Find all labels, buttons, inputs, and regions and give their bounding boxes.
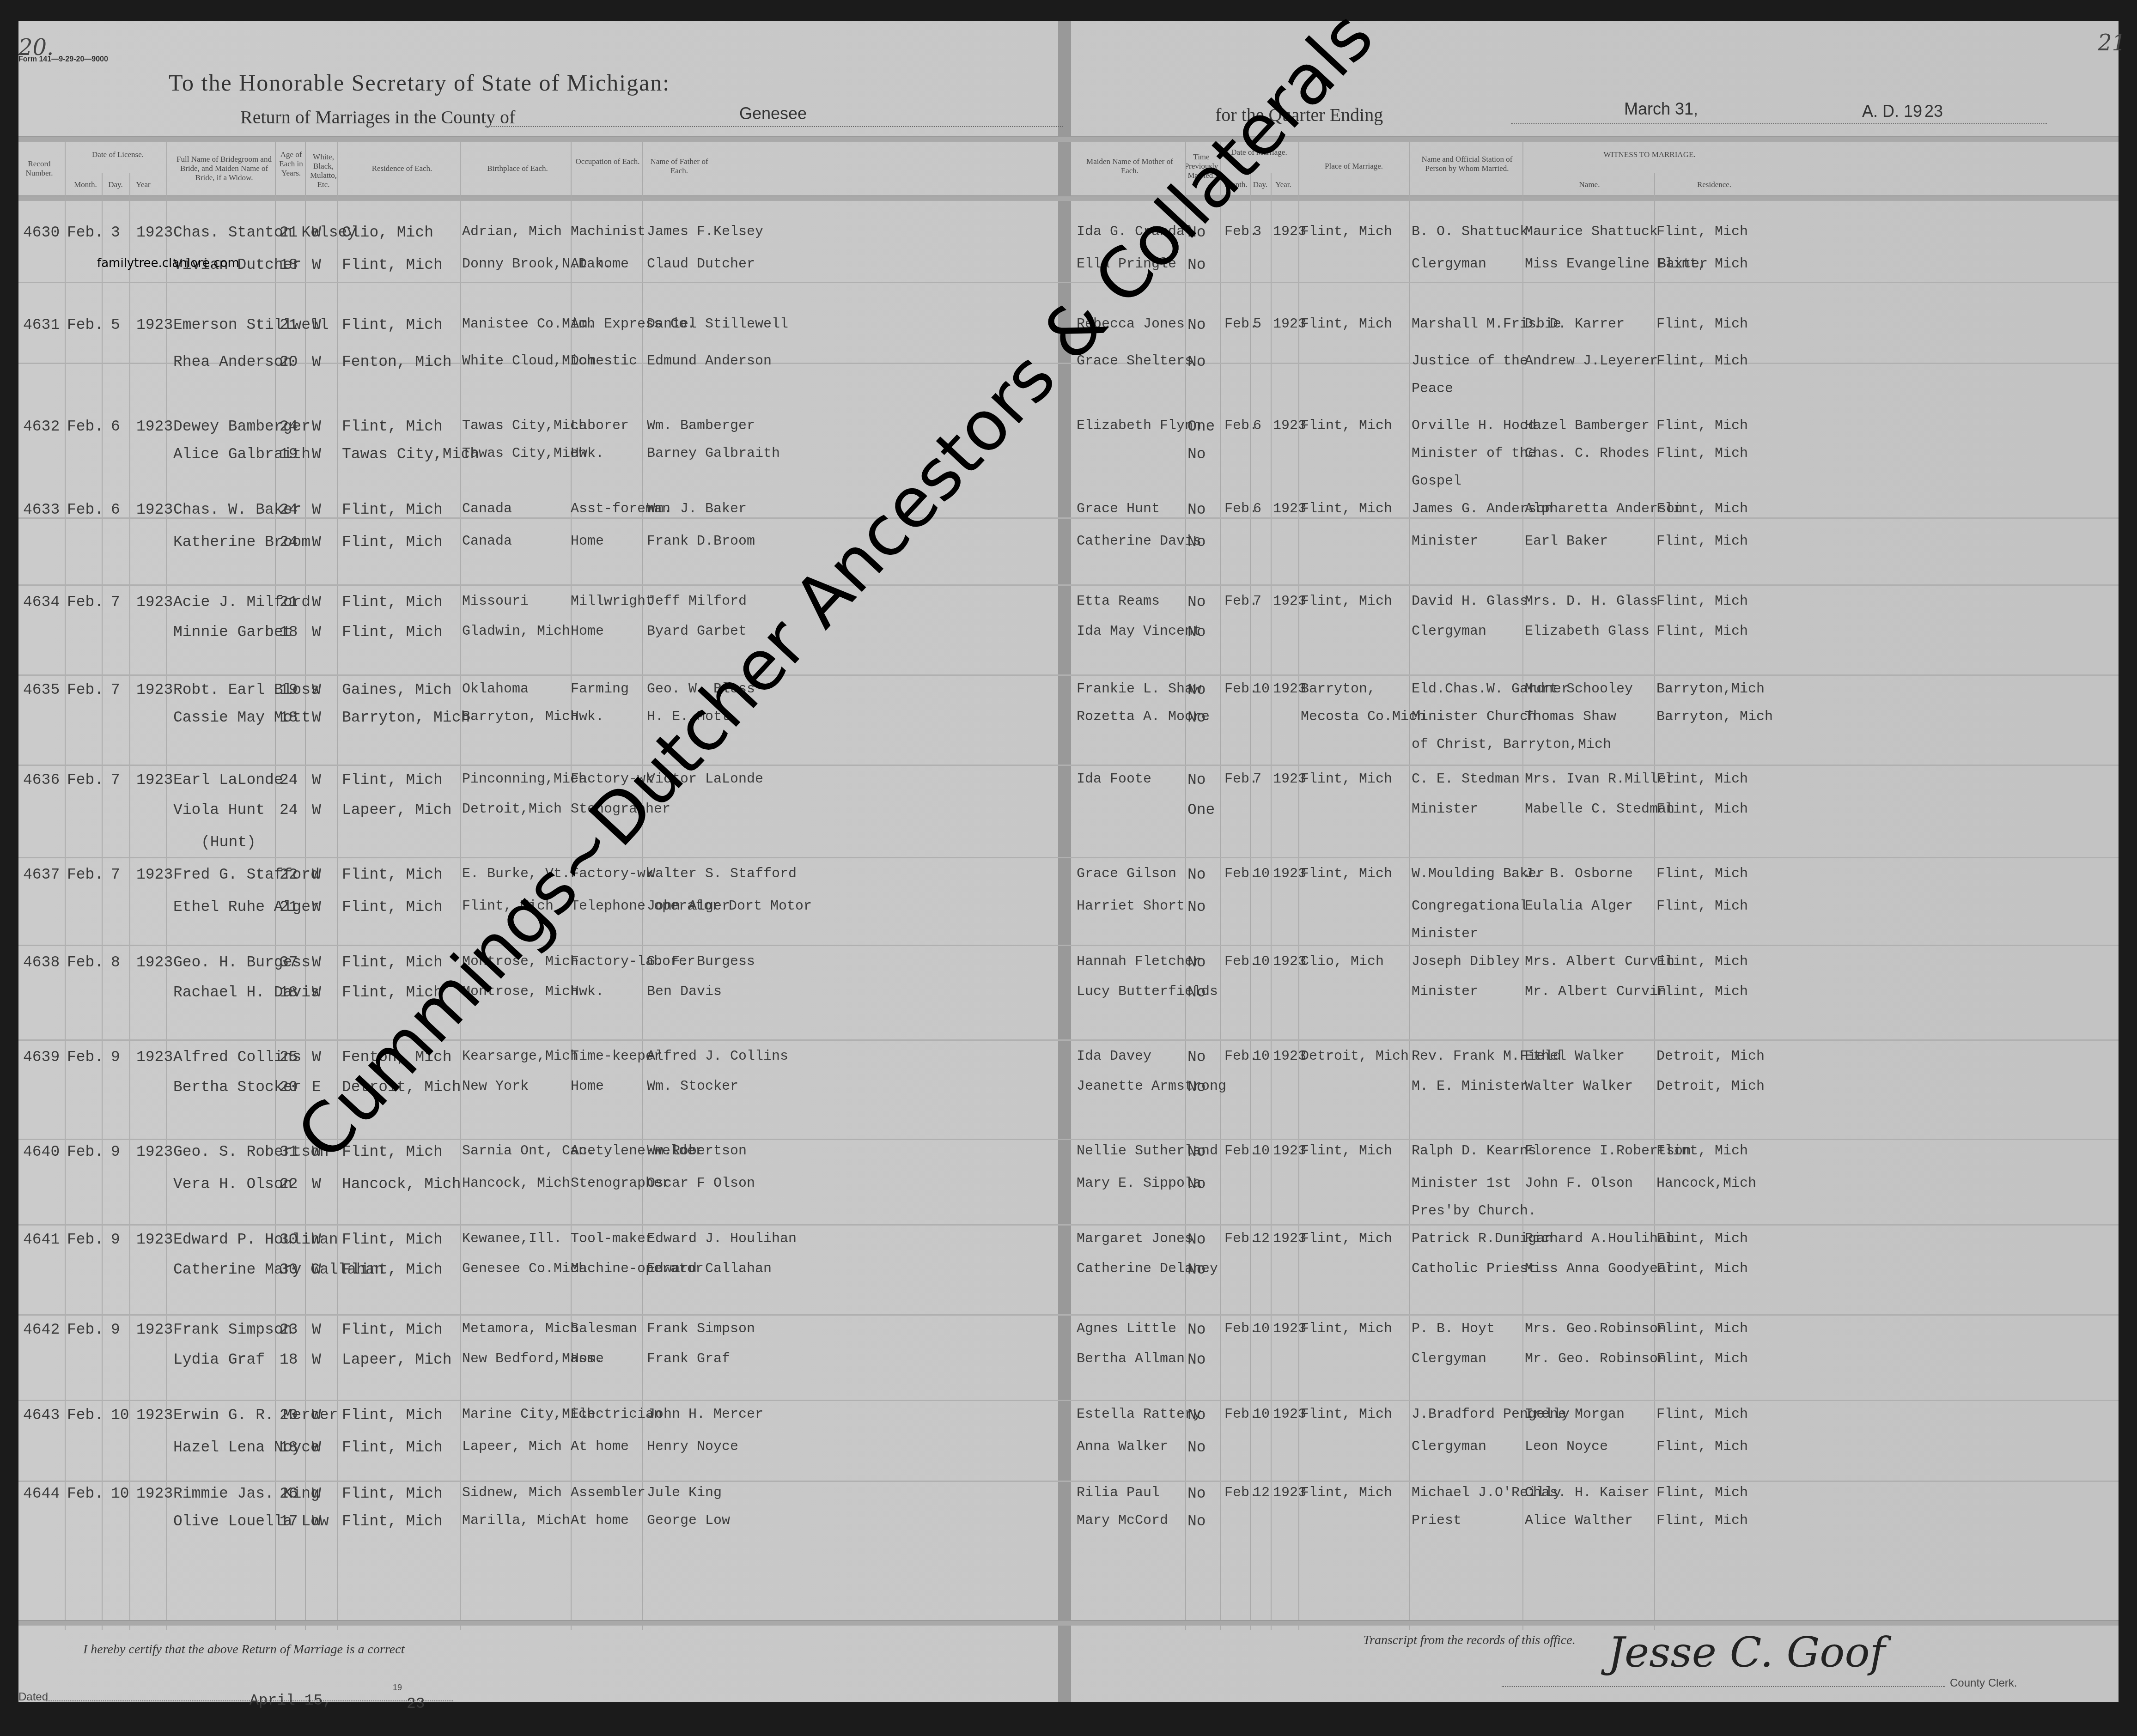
license-month: Feb. xyxy=(67,866,104,883)
witness-1-residence: Flint, Mich xyxy=(1656,1321,1748,1337)
county-clerk-label: County Clerk. xyxy=(1950,1677,2017,1690)
bride-age: 18 xyxy=(280,1439,298,1456)
bride-times-previously-married: No xyxy=(1187,1176,1206,1193)
table-bottom-rule xyxy=(18,1620,2119,1626)
license-day: 9 xyxy=(111,1231,120,1248)
dated-year-prefix: 19 xyxy=(393,1683,402,1693)
header-witness-name: Name. xyxy=(1525,180,1654,189)
bride-father-name: Oscar F Olson xyxy=(647,1176,755,1191)
witness-2-name: Alice Walther xyxy=(1525,1513,1633,1529)
marriage-place: Flint, Mich xyxy=(1301,866,1392,882)
bride-race: W xyxy=(312,1261,321,1278)
bride-race: W xyxy=(312,624,321,641)
officiant-station-line2: Peace xyxy=(1412,381,1453,397)
groom-age: 23 xyxy=(280,1321,298,1338)
bride-race: W xyxy=(312,1513,321,1530)
bride-age: 24 xyxy=(280,801,298,819)
bride-father-name: Barney Galbraith xyxy=(647,446,780,461)
bride-times-previously-married: No xyxy=(1187,984,1206,1001)
witness-2-residence: Flint, Mich xyxy=(1656,1261,1748,1277)
officiant-station-line2: Minister xyxy=(1412,926,1478,942)
witness-2-name: Walter Walker xyxy=(1525,1079,1633,1094)
record-number: 4634 xyxy=(23,594,60,611)
groom-age: 21 xyxy=(280,224,298,241)
groom-times-previously-married: No xyxy=(1187,1407,1206,1424)
officiant-name: B. O. Shattuck xyxy=(1412,224,1528,240)
row-separator xyxy=(18,945,2119,946)
groom-father-name: Wm. J. Baker xyxy=(647,501,747,517)
groom-times-previously-married: No xyxy=(1187,771,1206,789)
bride-age: 21 xyxy=(280,898,298,916)
officiant-station: Minister 1st xyxy=(1412,1176,1511,1191)
witness-1-residence: Flint, Mich xyxy=(1656,1143,1748,1159)
license-month: Feb. xyxy=(67,501,104,518)
license-day: 8 xyxy=(111,954,120,971)
groom-residence: Flint, Mich xyxy=(342,1485,443,1502)
bride-age: 30 xyxy=(280,1261,298,1278)
watermark-title: Cummings~Dutcher Ancestors & Collaterals xyxy=(282,0,1389,1175)
license-year: 1923 xyxy=(136,771,173,789)
license-year: 1923 xyxy=(136,681,173,698)
groom-mother-maiden-name: Rilia Paul xyxy=(1077,1485,1160,1501)
groom-mother-maiden-name: Ida Foote xyxy=(1077,771,1151,787)
witness-2-name: Mr. Albert Curvin xyxy=(1525,984,1666,1000)
officiant-station: Clergyman xyxy=(1412,1439,1486,1455)
license-year: 1923 xyxy=(136,1485,173,1502)
witness-1-residence: Flint, Mich xyxy=(1656,1407,1748,1422)
license-year: 1923 xyxy=(136,1143,173,1160)
officiant-station: M. E. Minister xyxy=(1412,1079,1528,1094)
groom-mother-maiden-name: Ida Davey xyxy=(1077,1049,1151,1064)
bride-race: W xyxy=(312,801,321,819)
license-year: 1923 xyxy=(136,224,173,241)
license-month: Feb. xyxy=(67,1485,104,1502)
groom-father-name: Walter S. Stafford xyxy=(647,866,797,882)
marriage-day: 7 xyxy=(1253,771,1261,787)
row-separator xyxy=(18,765,2119,766)
bride-mother-maiden-name: Mary McCord xyxy=(1077,1513,1168,1529)
groom-age: 24 xyxy=(280,771,298,789)
page-fold-gutter xyxy=(1058,21,1071,1702)
marriage-place: Barryton, xyxy=(1301,681,1376,697)
row-separator xyxy=(18,1224,2119,1226)
witness-1-residence: Flint, Mich xyxy=(1656,418,1748,434)
groom-occupation: Tool-maker xyxy=(571,1231,654,1247)
bride-residence: Flint, Mich xyxy=(342,1439,443,1456)
witness-1-name: Ethel Walker xyxy=(1525,1049,1625,1064)
groom-times-previously-married: No xyxy=(1187,501,1206,518)
groom-occupation: Machinist xyxy=(571,224,645,240)
bride-occupation: At home xyxy=(571,1513,629,1529)
row-separator xyxy=(18,517,2119,519)
county-label: Return of Marriages in the County of xyxy=(240,106,515,128)
marriage-place: Detroit, Mich xyxy=(1301,1049,1409,1064)
year-label: A. D. 19 xyxy=(1862,102,1922,121)
officiant-station: Minister xyxy=(1412,534,1478,549)
license-day: 5 xyxy=(111,316,120,334)
officiant-station: Clergyman xyxy=(1412,1351,1486,1367)
groom-residence: Flint, Mich xyxy=(342,1231,443,1248)
bride-mother-maiden-name: Anna Walker xyxy=(1077,1439,1168,1455)
license-day: 10 xyxy=(111,1485,129,1502)
witness-2-name: John F. Olson xyxy=(1525,1176,1633,1191)
license-month: Feb. xyxy=(67,418,104,435)
groom-mother-maiden-name: Grace Gilson xyxy=(1077,866,1176,882)
header-full-name: Full Name of Bridegroom and Bride, and M… xyxy=(173,155,275,182)
header-place: Place of Marriage. xyxy=(1298,162,1409,171)
record-number: 4631 xyxy=(23,316,60,334)
groom-name: Chas. Stanton Kelsey xyxy=(173,224,356,241)
bride-race: W xyxy=(312,534,321,551)
bride-times-previously-married: No xyxy=(1187,709,1206,726)
header-residence: Residence of Each. xyxy=(342,164,462,173)
witness-1-name: Mrs. D. H. Glass xyxy=(1525,594,1658,609)
witness-2-name: Mr. Geo. Robinson xyxy=(1525,1351,1666,1367)
groom-father-name: G. F. Burgess xyxy=(647,954,755,970)
groom-birthplace: Adrian, Mich xyxy=(462,224,562,240)
groom-age: 30 xyxy=(280,1231,298,1248)
bride-residence: Tawas City,Mich xyxy=(342,446,479,463)
bride-age: 24 xyxy=(280,534,298,551)
witness-1-name: Maurice Shattuck xyxy=(1525,224,1658,240)
witness-1-residence: Flint, Mich xyxy=(1656,594,1748,609)
officiant-station: Minister of the xyxy=(1412,446,1536,461)
bride-birthplace: Gladwin, Mich xyxy=(462,624,570,639)
groom-father-name: Daniel Stillewell xyxy=(647,316,788,332)
bride-age: 19 xyxy=(280,446,298,463)
license-month: Feb. xyxy=(67,1407,104,1424)
officiant-name: Ralph D. Kearns xyxy=(1412,1143,1536,1159)
witness-1-name: Chas. H. Kaiser xyxy=(1525,1485,1650,1501)
groom-father-name: James F.Kelsey xyxy=(647,224,763,240)
year-value: 23 xyxy=(1924,102,1943,121)
bride-name: Olive Louella Low xyxy=(173,1513,329,1530)
county-line xyxy=(485,126,1063,127)
bride-birthplace: Genesee Co.Mich xyxy=(462,1261,587,1277)
row-separator xyxy=(18,674,2119,676)
groom-birthplace: Sidnew, Mich xyxy=(462,1485,562,1501)
license-year: 1923 xyxy=(136,501,173,518)
header-occupation: Occupation of Each. xyxy=(573,157,642,166)
license-month: Feb. xyxy=(67,1231,104,1248)
groom-birthplace: Kewanee,Ill. xyxy=(462,1231,562,1247)
groom-times-previously-married: No xyxy=(1187,1485,1206,1502)
bride-father-name: Henry Noyce xyxy=(647,1439,738,1455)
groom-mother-maiden-name: Frankie L. Shaw xyxy=(1077,681,1201,697)
witness-2-name: Leon Noyce xyxy=(1525,1439,1608,1455)
bride-times-previously-married: No xyxy=(1187,898,1206,916)
col-divider xyxy=(129,173,130,1630)
groom-race: W xyxy=(312,1049,321,1066)
bride-occupation: Home xyxy=(571,624,604,639)
bride-birthplace: Detroit,Mich xyxy=(462,801,562,817)
marriage-place: Flint, Mich xyxy=(1301,1231,1392,1247)
row-separator xyxy=(18,857,2119,858)
bride-birthplace: Marilla, Mich xyxy=(462,1513,570,1529)
bride-race: W xyxy=(312,1176,321,1193)
license-day: 7 xyxy=(111,771,120,789)
witness-1-name: Hazel Bamberger xyxy=(1525,418,1650,434)
witness-2-residence: Hancock,Mich xyxy=(1656,1176,1756,1191)
license-month: Feb. xyxy=(67,681,104,698)
license-month: Feb. xyxy=(67,316,104,334)
groom-residence: Flint, Mich xyxy=(342,418,443,435)
groom-times-previously-married: No xyxy=(1187,1231,1206,1248)
bride-times-previously-married: No xyxy=(1187,1351,1206,1368)
header-witness-residence: Residence. xyxy=(1654,180,1774,189)
officiant-name: Orville H. Hood xyxy=(1412,418,1536,434)
marriage-place: Flint, Mich xyxy=(1301,594,1392,609)
bride-father-name: Edward Callahan xyxy=(647,1261,772,1277)
marriage-return-page: 20. 21 Form 141—9-29-20—9000 To the Hono… xyxy=(18,21,2119,1702)
marriage-place: Clio, Mich xyxy=(1301,954,1384,970)
groom-name: Emerson Stillwell xyxy=(173,316,329,334)
bride-times-previously-married: No xyxy=(1187,1513,1206,1530)
license-month: Feb. xyxy=(67,1143,104,1160)
marriage-place-line2: Mecosta Co.Mich xyxy=(1301,709,1425,725)
license-month: Feb. xyxy=(67,771,104,789)
record-number: 4639 xyxy=(23,1049,60,1066)
header-top-rule xyxy=(18,136,2119,142)
license-year: 1923 xyxy=(136,1321,173,1338)
groom-mother-maiden-name: Etta Reams xyxy=(1077,594,1160,609)
groom-occupation: Farming xyxy=(571,681,629,697)
groom-father-name: Frank Simpson xyxy=(647,1321,755,1337)
record-number: 4640 xyxy=(23,1143,60,1160)
record-number: 4641 xyxy=(23,1231,60,1248)
license-year: 1923 xyxy=(136,1407,173,1424)
watermark-url: familytree.clanlore.com xyxy=(97,256,239,270)
bride-birthplace: Lapeer, Mich xyxy=(462,1439,562,1455)
witness-2-residence: Flint, Mich xyxy=(1656,984,1748,1000)
marriage-day: 10 xyxy=(1253,681,1270,697)
groom-race: W xyxy=(312,1231,321,1248)
groom-times-previously-married: No xyxy=(1187,681,1206,698)
groom-name: Geo. S. Robertson xyxy=(173,1143,329,1160)
header-race: White, Black, Mulatto, Etc. xyxy=(307,152,340,189)
groom-times-previously-married: No xyxy=(1187,316,1206,334)
groom-age: 22 xyxy=(280,866,298,883)
groom-age: 31 xyxy=(280,1143,298,1160)
groom-occupation: Salesman xyxy=(571,1321,637,1337)
witness-2-residence: Flint, Mich xyxy=(1656,898,1748,914)
header-age: Age of Each in Years. xyxy=(277,150,305,178)
groom-mother-maiden-name: Estella Rattery xyxy=(1077,1407,1201,1422)
marriage-place: Flint, Mich xyxy=(1301,1321,1392,1337)
groom-age: 21 xyxy=(280,316,298,334)
groom-residence: Flint, Mich xyxy=(342,1407,443,1424)
bride-birthplace: Barryton, Mich xyxy=(462,709,578,725)
bride-age: 18 xyxy=(280,256,298,273)
bride-age: 22 xyxy=(280,1176,298,1193)
bride-race: W xyxy=(312,709,321,726)
witness-2-name: Chas. C. Rhodes xyxy=(1525,446,1650,461)
officiant-station: Clergyman xyxy=(1412,624,1486,639)
header-witness: WITNESS TO MARRIAGE. xyxy=(1525,150,1774,159)
signature-line xyxy=(1502,1686,1945,1687)
bride-father-name: Ben Davis xyxy=(647,984,722,1000)
bride-age: 20 xyxy=(280,353,298,370)
groom-father-name: Wm. Bamberger xyxy=(647,418,755,434)
groom-race: W xyxy=(312,224,321,241)
witness-1-name: D. D. Karrer xyxy=(1525,316,1625,332)
groom-race: W xyxy=(312,866,321,883)
bride-father-name: Frank D.Broom xyxy=(647,534,755,549)
groom-race: W xyxy=(312,1407,321,1424)
witness-1-residence: Flint, Mich xyxy=(1656,866,1748,882)
officiant-station-line2: Gospel xyxy=(1412,473,1461,489)
bride-times-previously-married: No xyxy=(1187,1439,1206,1456)
groom-age: 20 xyxy=(280,1407,298,1424)
groom-residence: Gaines, Mich xyxy=(342,681,452,698)
groom-race: W xyxy=(312,594,321,611)
bride-residence: Hancock, Mich xyxy=(342,1176,461,1193)
marriage-day: 7 xyxy=(1253,594,1261,609)
bride-occupation: Hwk. xyxy=(571,984,604,1000)
bride-times-previously-married: One xyxy=(1187,801,1215,819)
witness-2-name: Eulalia Alger xyxy=(1525,898,1633,914)
witness-2-name: Miss Anna Goodyear xyxy=(1525,1261,1674,1277)
header-license-month: Month. xyxy=(67,180,104,189)
bride-age: 18 xyxy=(280,1351,298,1368)
marriage-day: 3 xyxy=(1253,224,1261,240)
witness-1-residence: Flint, Mich xyxy=(1656,316,1748,332)
witness-1-residence: Barryton,Mich xyxy=(1656,681,1765,697)
marriage-place: Flint, Mich xyxy=(1301,771,1392,787)
officiant-name: C. E. Stedman xyxy=(1412,771,1520,787)
witness-1-name: Irene Morgan xyxy=(1525,1407,1625,1422)
bride-occupation: At home xyxy=(571,256,629,272)
bride-occupation: Domestic xyxy=(571,353,637,369)
witness-2-name: Mabelle C. Stedman xyxy=(1525,801,1674,817)
bride-age: 18 xyxy=(280,709,298,726)
officiant-station: Justice of the xyxy=(1412,353,1528,369)
witness-1-name: Richard A.Houlihan xyxy=(1525,1231,1674,1247)
document-title: To the Honorable Secretary of State of M… xyxy=(169,69,670,96)
bride-times-previously-married: No xyxy=(1187,446,1206,463)
bride-residence: Fenton, Mich xyxy=(342,353,452,370)
groom-race: W xyxy=(312,1321,321,1338)
bride-occupation: Home xyxy=(571,1079,604,1094)
groom-father-name: John H. Mercer xyxy=(647,1407,763,1422)
license-year: 1923 xyxy=(136,418,173,435)
row-separator xyxy=(18,1039,2119,1041)
groom-father-name: Edward J. Houlihan xyxy=(647,1231,797,1247)
witness-2-residence: Flint, Mich xyxy=(1656,353,1748,369)
bride-race: W xyxy=(312,1351,321,1368)
groom-times-previously-married: No xyxy=(1187,1321,1206,1338)
bride-age: 17 xyxy=(280,1513,298,1530)
header-license-day: Day. xyxy=(102,180,129,189)
officiant-name: P. B. Hoyt xyxy=(1412,1321,1495,1337)
bride-residence: Flint, Mich xyxy=(342,624,443,641)
bride-age: 18 xyxy=(280,624,298,641)
bride-father-name: George Low xyxy=(647,1513,730,1529)
license-year: 1923 xyxy=(136,594,173,611)
groom-times-previously-married: One xyxy=(1187,418,1215,435)
groom-residence: Flint, Mich xyxy=(342,866,443,883)
bride-father-name: Frank Graf xyxy=(647,1351,730,1367)
groom-birthplace: Oklahoma xyxy=(462,681,529,697)
bride-father-name: Wm. Stocker xyxy=(647,1079,738,1094)
license-day: 7 xyxy=(111,594,120,611)
license-day: 7 xyxy=(111,866,120,883)
form-number: Form 141—9-29-20—9000 xyxy=(18,55,108,64)
bride-name: Lydia Graf xyxy=(173,1351,265,1368)
groom-residence: Flint, Mich xyxy=(342,594,443,611)
witness-2-name: Thomas Shaw xyxy=(1525,709,1616,725)
groom-occupation: Millwright xyxy=(571,594,654,609)
groom-race: W xyxy=(312,316,321,334)
marriage-day: 6 xyxy=(1253,418,1261,434)
witness-2-name: Elizabeth Glass xyxy=(1525,624,1650,639)
bride-occupation: Home xyxy=(571,1351,604,1367)
bride-mother-maiden-name: Bertha Allman xyxy=(1077,1351,1185,1367)
record-number: 4642 xyxy=(23,1321,60,1338)
witness-2-residence: Flint, Mich xyxy=(1656,446,1748,461)
header-bottom-rule xyxy=(18,195,2119,201)
bride-race: W xyxy=(312,1439,321,1456)
bride-residence: Lapeer, Mich xyxy=(342,801,452,819)
license-day: 9 xyxy=(111,1143,120,1160)
officiant-name: David H. Glass xyxy=(1412,594,1528,609)
bride-times-previously-married: No xyxy=(1187,534,1206,551)
groom-age: 19 xyxy=(280,681,298,698)
bride-residence: Flint, Mich xyxy=(342,534,443,551)
officiant-station: Congregational xyxy=(1412,898,1528,914)
officiant-station: Clergyman xyxy=(1412,256,1486,272)
bride-residence: Barryton, Mich xyxy=(342,709,470,726)
bride-birthplace: Hancock, Mich xyxy=(462,1176,570,1191)
marriage-day: 12 xyxy=(1253,1485,1270,1501)
license-year: 1923 xyxy=(136,1049,173,1066)
bride-race: W xyxy=(312,446,321,463)
groom-race: W xyxy=(312,954,321,971)
record-number: 4643 xyxy=(23,1407,60,1424)
witness-1-residence: Detroit, Mich xyxy=(1656,1049,1765,1064)
license-month: Feb. xyxy=(67,1321,104,1338)
marriage-day: 10 xyxy=(1253,866,1270,882)
county-value: Genesee xyxy=(739,104,807,123)
marriage-place: Flint, Mich xyxy=(1301,224,1392,240)
witness-1-residence: Flint, Mich xyxy=(1656,224,1748,240)
record-number: 4636 xyxy=(23,771,60,789)
groom-residence: Flint, Mich xyxy=(342,1321,443,1338)
header-officiant: Name and Official Station of Person by W… xyxy=(1412,155,1522,173)
bride-age: 20 xyxy=(280,1079,298,1096)
groom-age: 25 xyxy=(280,1049,298,1066)
bride-name: Minnie Garbet xyxy=(173,624,292,641)
groom-times-previously-married: No xyxy=(1187,1049,1206,1066)
header-license-year: Year xyxy=(129,180,157,189)
certify-text: I hereby certify that the above Return o… xyxy=(83,1642,404,1657)
bride-birthplace: Canada xyxy=(462,534,512,549)
bride-mother-maiden-name: Mary E. Sippola xyxy=(1077,1176,1201,1191)
bride-occupation: Hwk. xyxy=(571,446,604,461)
license-month: Feb. xyxy=(67,594,104,611)
officiant-station: Minister Church xyxy=(1412,709,1536,725)
row-separator xyxy=(18,1481,2119,1482)
transcript-text: Transcript from the records of this offi… xyxy=(1363,1633,1576,1648)
groom-race: W xyxy=(312,771,321,789)
record-number: 4630 xyxy=(23,224,60,241)
marriage-place: Flint, Mich xyxy=(1301,501,1392,517)
marriage-place: Flint, Mich xyxy=(1301,1143,1392,1159)
marriage-day: 10 xyxy=(1253,1407,1270,1422)
groom-times-previously-married: No xyxy=(1187,594,1206,611)
dated-value: April 15, xyxy=(250,1692,332,1709)
witness-2-residence: Flint, Mich xyxy=(1656,256,1748,272)
